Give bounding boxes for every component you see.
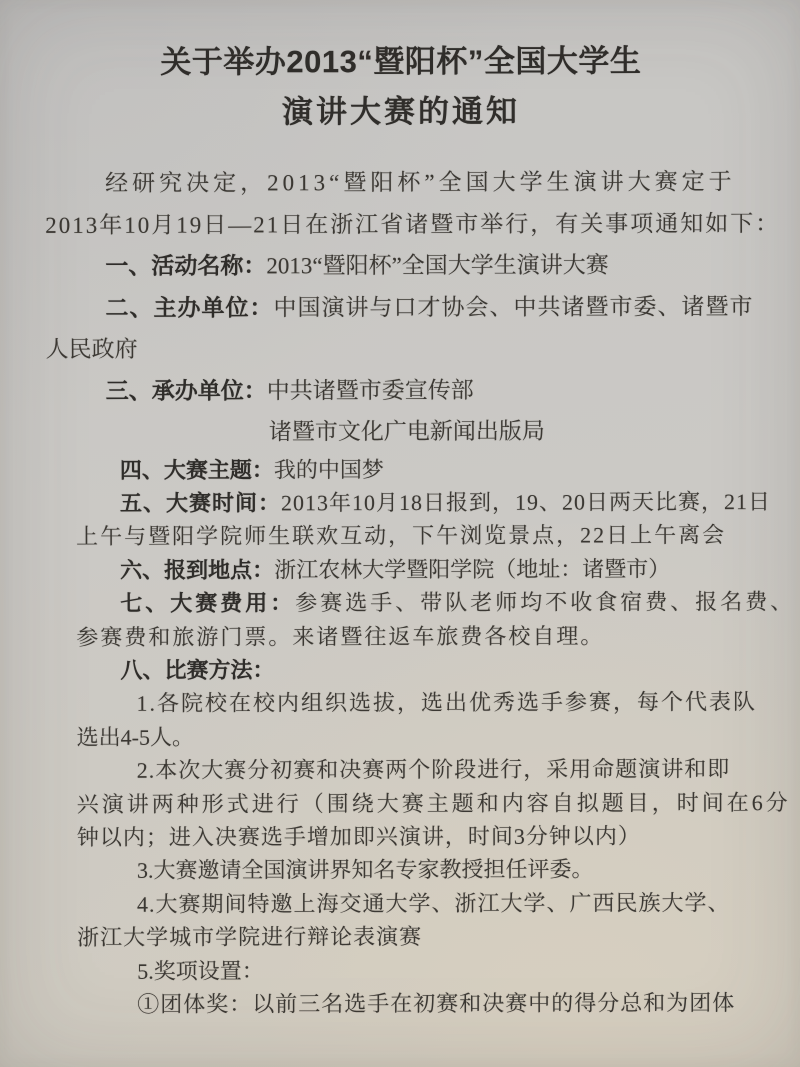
doc-line-text: 3.大赛邀请全国演讲界知名专家教授担任评委。 (137, 857, 594, 883)
doc-line-text: 1.各院校在校内组织选拔，选出优秀选手参赛，每个代表队 (136, 689, 757, 716)
doc-line: 八、比赛方法： (76, 652, 734, 687)
doc-line-text: 我的中国梦 (274, 457, 384, 482)
doc-line-text: 选出4-5人。 (77, 724, 194, 749)
doc-line: 选出4-5人。 (77, 719, 735, 754)
doc-line-text: 5.奖项设置： (137, 958, 264, 983)
page-title-line-1: 关于举办2013“暨阳杯”全国大学生 (45, 36, 757, 88)
doc-line: ①团体奖：以前三名选手在初赛和决赛中的得分总和为团体 (77, 986, 735, 1021)
doc-line-text: 中国演讲与口才协会、中共诸暨市委、诸暨市 (273, 294, 753, 320)
doc-line: 1.各院校在校内组织选拔，选出优秀选手参赛，每个代表队 (76, 685, 734, 720)
doc-line-text: 诸暨市文化广电新闻出版局 (269, 419, 545, 445)
doc-line-text: ①团体奖：以前三名选手在初赛和决赛中的得分总和为团体 (137, 990, 735, 1017)
doc-line-text: 浙江农林大学暨阳学院（地址：诸暨市） (274, 556, 670, 582)
doc-line: 经研究决定，2013“暨阳杯”全国大学生演讲大赛定于 (45, 161, 757, 204)
doc-line-label: 二、主办单位： (105, 294, 273, 320)
doc-line-label: 四、大赛主题： (120, 457, 274, 482)
doc-line-text: 经研究决定，2013“暨阳杯”全国大学生演讲大赛定于 (105, 169, 735, 196)
doc-line-text: 4.大赛期间特邀上海交通大学、浙江大学、广西民族大学、 (137, 890, 731, 917)
doc-line: 六、报到地点：浙江农林大学暨阳学院（地址：诸暨市） (76, 552, 734, 587)
page-title-line-2: 演讲大赛的通知 (45, 86, 757, 138)
document-body-lower: 四、大赛主题：我的中国梦 五、大赛时间：2013年10月18日报到，19、20日… (76, 452, 735, 1022)
doc-line: 兴演讲两种形式进行（围绕大赛主题和内容自拟题目，时间在6分 (77, 786, 735, 821)
doc-line-text: 钟以内；进入决赛选手增加即兴演讲，时间3分钟以内） (77, 823, 641, 849)
doc-line-label: 七、大赛费用： (120, 590, 295, 615)
doc-line-text: 上午与暨阳学院师生联欢互动，下午浏览景点，22日上午离会 (76, 522, 726, 549)
doc-line-label: 三、承办单位： (106, 377, 267, 403)
doc-line-text: 2013“暨阳杯”全国大学生演讲大赛 (266, 252, 608, 278)
doc-line-label: 八、比赛方法： (120, 657, 274, 682)
doc-line: 五、大赛时间：2013年10月18日报到，19、20日两天比赛，21日 (76, 485, 734, 520)
doc-line: 上午与暨阳学院师生联欢互动，下午浏览景点，22日上午离会 (76, 518, 734, 553)
doc-line: 七、大赛费用：参赛选手、带队老师均不收食宿费、报名费、 (76, 585, 734, 620)
doc-line: 2013年10月19日—21日在浙江省诸暨市举行，有关事项通知如下： (45, 203, 757, 246)
doc-line: 四、大赛主题：我的中国梦 (76, 452, 734, 487)
doc-line-label: 六、报到地点： (120, 557, 274, 582)
doc-line: 参赛费和旅游门票。来诸暨往返车旅费各校自理。 (76, 619, 734, 654)
doc-line-text: 参赛费和旅游门票。来诸暨往返车旅费各校自理。 (76, 623, 604, 649)
doc-line: 二、主办单位：中国演讲与口才协会、中共诸暨市委、诸暨市 (45, 286, 757, 329)
doc-line: 诸暨市文化广电新闻出版局 (46, 410, 758, 453)
doc-line: 2.本次大赛分初赛和决赛两个阶段进行，采用命题演讲和即 (77, 752, 735, 787)
doc-line-text: 2013年10月19日—21日在浙江省诸暨市举行，有关事项通知如下： (45, 211, 780, 238)
doc-line-text: 2.本次大赛分初赛和决赛两个阶段进行，采用命题演讲和即 (137, 756, 731, 783)
doc-line: 5.奖项设置： (77, 953, 735, 988)
doc-line-label: 五、大赛时间： (120, 490, 281, 515)
doc-line-label: 一、活动名称： (105, 252, 266, 278)
doc-line-text: 人民政府 (46, 337, 138, 362)
document-title: 关于举办2013“暨阳杯”全国大学生 演讲大赛的通知 (45, 0, 757, 138)
doc-line: 浙江大学城市学院进行辩论表演赛 (77, 919, 735, 954)
doc-line-text: 2013年10月18日报到，19、20日两天比赛，21日 (281, 489, 771, 515)
doc-line-text: 参赛选手、带队老师均不收食宿费、报名费、 (295, 589, 795, 615)
doc-line: 4.大赛期间特邀上海交通大学、浙江大学、广西民族大学、 (77, 886, 735, 921)
doc-line-text: 中共诸暨市委宣传部 (267, 377, 474, 403)
doc-line-text: 兴演讲两种形式进行（围绕大赛主题和内容自拟题目，时间在6分 (77, 790, 791, 817)
doc-line: 钟以内；进入决赛选手增加即兴演讲，时间3分钟以内） (77, 819, 735, 854)
doc-line: 三、承办单位：中共诸暨市委宣传部 (46, 369, 758, 412)
document-body-upper: 经研究决定，2013“暨阳杯”全国大学生演讲大赛定于 2013年10月19日—2… (45, 161, 758, 453)
doc-line-text: 浙江大学城市学院进行辩论表演赛 (77, 924, 422, 950)
document-page: 关于举办2013“暨阳杯”全国大学生 演讲大赛的通知 经研究决定，2013“暨阳… (45, 0, 760, 1021)
doc-line: 一、活动名称：2013“暨阳杯”全国大学生演讲大赛 (45, 244, 757, 287)
doc-line: 3.大赛邀请全国演讲界知名专家教授担任评委。 (77, 853, 735, 888)
doc-line: 人民政府 (46, 327, 758, 370)
